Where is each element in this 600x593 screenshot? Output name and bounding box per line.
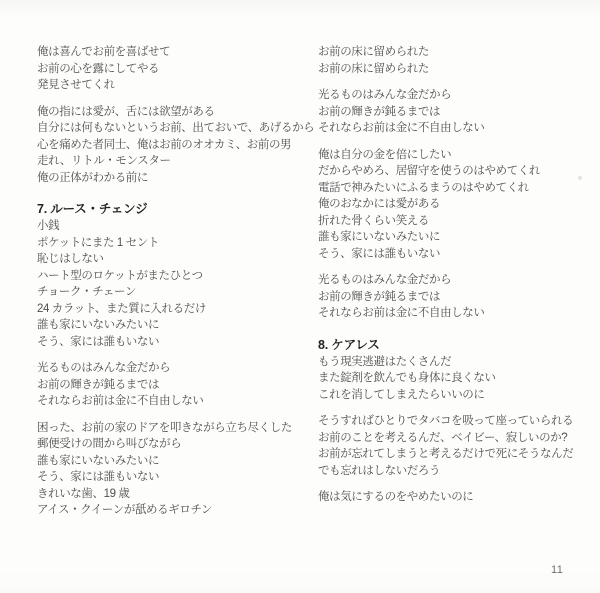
scan-speck <box>578 176 582 180</box>
lyrics-line: そう、家には誰もいない <box>37 334 305 351</box>
lyrics-line: 俺のおなかには愛がある <box>318 196 586 213</box>
lyrics-line: 光るものはみんな金だから <box>318 87 586 104</box>
lyrics-paragraph: 俺の指には愛が、舌には欲望がある自分には何もないというお前、出ておいで、あげるか… <box>37 104 305 187</box>
lyrics-paragraph: 俺は気にするのをやめたいのに <box>318 489 586 506</box>
lyrics-line: 俺の指には愛が、舌には欲望がある <box>37 104 305 121</box>
lyrics-paragraph: お前の床に留められたお前の床に留められた <box>318 44 586 77</box>
lyrics-line: だからやめろ、居留守を使うのはやめてくれ <box>318 163 586 180</box>
lyrics-paragraph: 光るものはみんな金だからお前の輝きが鈍るまではそれならお前は金に不自由しない <box>318 272 586 322</box>
lyrics-line: 郵便受けの間から叫びながら <box>37 436 305 453</box>
lyrics-line: 走れ、リトル・モンスター <box>37 153 305 170</box>
lyrics-line: 誰も家にいないみたいに <box>37 453 305 470</box>
lyrics-line: お前が忘れてしまうと考えるだけで死にそうなんだ <box>318 446 586 463</box>
lyrics-paragraph: 小銭ポケットにまた 1 セント恥じはしないハート型のロケットがまたひとつチョーク… <box>37 218 305 350</box>
lyrics-line: ハート型のロケットがまたひとつ <box>37 268 305 285</box>
lyrics-line: それならお前は金に不自由しない <box>318 120 586 137</box>
lyrics-line: それならお前は金に不自由しない <box>318 305 586 322</box>
lyrics-paragraph: 光るものはみんな金だからお前の輝きが鈍るまではそれならお前は金に不自由しない <box>37 360 305 410</box>
lyrics-column-right: お前の床に留められたお前の床に留められた光るものはみんな金だからお前の輝きが鈍る… <box>318 44 586 516</box>
lyrics-line: そう、家には誰もいない <box>318 246 586 263</box>
lyrics-line: きれいな歯、19 歳 <box>37 486 305 503</box>
lyrics-line: お前の輝きが鈍るまでは <box>318 104 586 121</box>
lyrics-line: 自分には何もないというお前、出ておいで、あげるから <box>37 120 305 137</box>
lyrics-paragraph: そうすればひとりでタバコを吸って座っていられるお前のことを考えるんだ、ベイビー、… <box>318 413 586 479</box>
lyrics-line: お前の床に留められた <box>318 44 586 61</box>
lyrics-line: もう現実逃避はたくさんだ <box>318 354 586 371</box>
lyrics-line: また錠剤を飲んでも身体に良くない <box>318 370 586 387</box>
lyrics-paragraph: 俺は喜んでお前を喜ばせてお前の心を露にしてやる発見させてくれ <box>37 44 305 94</box>
lyrics-line: 俺は気にするのをやめたいのに <box>318 489 586 506</box>
lyrics-line: 発見させてくれ <box>37 77 305 94</box>
lyrics-line: そうすればひとりでタバコを吸って座っていられる <box>318 413 586 430</box>
lyrics-line: 俺の正体がわかる前に <box>37 170 305 187</box>
lyrics-column-left: 俺は喜んでお前を喜ばせてお前の心を露にしてやる発見させてくれ俺の指には愛が、舌に… <box>37 44 305 529</box>
lyrics-line: 心を痛めた者同士、俺はお前のオオカミ、お前の男 <box>37 137 305 154</box>
lyrics-line: 24 カラット、また質に入れるだけ <box>37 301 305 318</box>
lyrics-line: 折れた骨くらい笑える <box>318 213 586 230</box>
lyrics-line: 誰も家にいないみたいに <box>318 229 586 246</box>
lyrics-line: これを消してしまえたらいいのに <box>318 387 586 404</box>
lyrics-line: 俺は喜んでお前を喜ばせて <box>37 44 305 61</box>
lyrics-line: そう、家には誰もいない <box>37 469 305 486</box>
lyrics-line: チョーク・チェーン <box>37 284 305 301</box>
lyrics-line: でも忘れはしないだろう <box>318 463 586 480</box>
lyrics-paragraph: 俺は自分の金を倍にしたいだからやめろ、居留守を使うのはやめてくれ電話で神みたいに… <box>318 147 586 263</box>
lyrics-paragraph: 困った、お前の家のドアを叩きながら立ち尽くした郵便受けの間から叫びながら誰も家に… <box>37 420 305 519</box>
lyrics-line: 光るものはみんな金だから <box>318 272 586 289</box>
lyrics-line: 電話で神みたいにふるまうのはやめてくれ <box>318 180 586 197</box>
page-number: 11 <box>551 564 563 576</box>
lyrics-line: 恥じはしない <box>37 251 305 268</box>
track-heading: 7. ルース・チェンジ <box>37 200 305 218</box>
lyrics-line: お前のことを考えるんだ、ベイビー、寂しいのか? <box>318 430 586 447</box>
lyrics-line: それならお前は金に不自由しない <box>37 393 305 410</box>
lyrics-line: お前の床に留められた <box>318 61 586 78</box>
lyrics-line: 誰も家にいないみたいに <box>37 317 305 334</box>
lyrics-line: アイス・クイーンが舐めるギロチン <box>37 502 305 519</box>
lyrics-line: 小銭 <box>37 218 305 235</box>
lyrics-paragraph: もう現実逃避はたくさんだまた錠剤を飲んでも身体に良くないこれを消してしまえたらい… <box>318 354 586 404</box>
lyrics-line: お前の輝きが鈍るまでは <box>318 289 586 306</box>
booklet-page: 俺は喜んでお前を喜ばせてお前の心を露にしてやる発見させてくれ俺の指には愛が、舌に… <box>0 0 600 593</box>
lyrics-line: 光るものはみんな金だから <box>37 360 305 377</box>
lyrics-line: 困った、お前の家のドアを叩きながら立ち尽くした <box>37 420 305 437</box>
lyrics-line: 俺は自分の金を倍にしたい <box>318 147 586 164</box>
lyrics-paragraph: 光るものはみんな金だからお前の輝きが鈍るまではそれならお前は金に不自由しない <box>318 87 586 137</box>
lyrics-line: お前の輝きが鈍るまでは <box>37 377 305 394</box>
lyrics-line: ポケットにまた 1 セント <box>37 235 305 252</box>
lyrics-line: お前の心を露にしてやる <box>37 61 305 78</box>
track-heading: 8. ケアレス <box>318 336 586 354</box>
